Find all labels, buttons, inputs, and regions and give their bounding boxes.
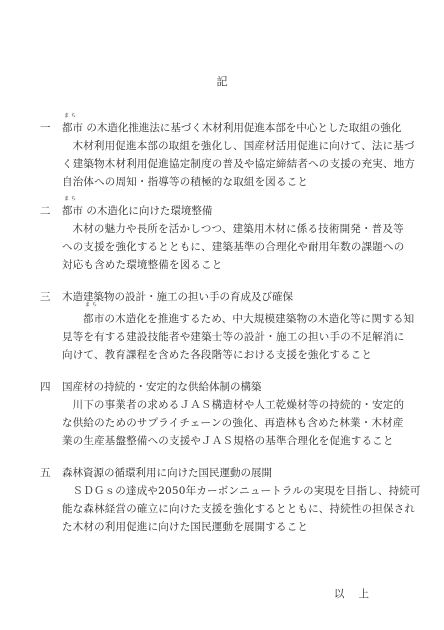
section-body: 川下の事業者の求めるＪＡＳ構造材や人工乾燥材等の持続的・安定的 な供給のためのサ… [62,396,410,450]
ruby-term: まち 都市 [73,310,105,328]
section-number: 二 [40,204,60,218]
body-line: 見等を有する建設技能者や建築士等の設計・施工の担い手の不足解消に [62,328,410,346]
section-title: 五 森林資源の循環利用に向けた国民運動の展開 [40,466,410,480]
title-rest: の木造化に向けた環境整備 [86,205,212,217]
section-number: 四 [40,380,60,394]
section-number: 三 [40,290,60,304]
body-line: ＳＤＧｓの達成や2050年カーボンニュートラルの実現を目指し、持続可 [62,482,410,500]
section-1: 一 まち 都市 の木造化推進法に基づく木材利用促進本部を中心とした取組の強化 木… [40,121,410,191]
section-body: まち 都市 の木造化を推進するため、中大規模建築物の木造化等に関する知 見等を有… [62,310,410,364]
body-line: 川下の事業者の求めるＪＡＳ構造材や人工乾燥材等の持続的・安定的 [62,396,410,414]
body-line: た木材の利用促進に向けた国民運動を展開すること [62,518,410,536]
closing-text: 以上 [334,586,383,601]
ruby-term: まち 都市 [62,121,83,135]
document-heading: 記 [0,73,444,89]
body-line: 対応も含めた環境整備を図ること [62,256,410,274]
section-2: 二 まち 都市 の木造化に向けた環境整備 木材の魅力や長所を活かしつつ、建築用木… [40,204,410,274]
document-page: 記 一 まち 都市 の木造化推進法に基づく木材利用促進本部を中心とした取組の強化… [0,0,444,630]
section-4: 四 国産材の持続的・安定的な供給体制の構築 川下の事業者の求めるＪＡＳ構造材や人… [40,380,410,450]
body-line: な供給のためのサプライチェーンの強化、再造林も含めた林業・木材産 [62,414,410,432]
ruby-reading: まち [75,302,100,308]
section-body: ＳＤＧｓの達成や2050年カーボンニュートラルの実現を目指し、持続可 能な森林経… [62,482,410,536]
title-rest: 森林資源の循環利用に向けた国民運動の展開 [62,466,272,480]
section-title: 四 国産材の持続的・安定的な供給体制の構築 [40,380,410,394]
body-line: 業の生産基盤整備への支援やＪＡＳ規格の基準合理化を促進すること [62,432,410,450]
ruby-base: 都市 [83,313,104,325]
body-line: 木材利用促進本部の取組を強化し、国産材活用促進に向けて、法に基づ [62,137,410,155]
section-title: 一 まち 都市 の木造化推進法に基づく木材利用促進本部を中心とした取組の強化 [40,121,410,135]
body-line: まち 都市 の木造化を推進するため、中大規模建築物の木造化等に関する知 [62,310,410,328]
section-number: 一 [40,121,60,135]
section-title-text: まち 都市 の木造化推進法に基づく木材利用促進本部を中心とした取組の強化 [62,121,401,135]
title-rest: の木造化推進法に基づく木材利用促進本部を中心とした取組の強化 [86,122,401,134]
ruby-reading: まち [64,113,78,119]
section-title-text: まち 都市 の木造化に向けた環境整備 [62,204,212,218]
section-body: 木材利用促進本部の取組を強化し、国産材活用促進に向けて、法に基づ く建築物木材利… [62,137,410,191]
ruby-reading: まち [64,196,78,202]
body-line: 能な森林経営の確立に向けた支援を強化するとともに、持続性の担保され [62,500,410,518]
body-line: への支援を強化するとともに、建築基準の合理化や耐用年数の課題への [62,238,410,256]
section-3: 三 木造建築物の設計・施工の担い手の育成及び確保 まち 都市 の木造化を推進する… [40,290,410,364]
ruby-term: まち 都市 [62,204,83,218]
body-line: 木材の魅力や長所を活かしつつ、建築用木材に係る技術開発・普及等 [62,220,410,238]
section-number: 五 [40,466,60,480]
section-5: 五 森林資源の循環利用に向けた国民運動の展開 ＳＤＧｓの達成や2050年カーボン… [40,466,410,536]
ruby-base: 都市 [62,205,83,217]
section-body: 木材の魅力や長所を活かしつつ、建築用木材に係る技術開発・普及等 への支援を強化す… [62,220,410,274]
body-line-text: の木造化を推進するため、中大規模建築物の木造化等に関する知 [104,313,414,325]
ruby-base: 都市 [62,122,83,134]
body-line: 自治体への周知・指導等の積極的な取組を図ること [62,173,410,191]
body-line: く建築物木材利用促進協定制度の普及や協定締結者への支援の充実、地方 [62,155,410,173]
title-rest: 国産材の持続的・安定的な供給体制の構築 [62,380,262,394]
section-title: 二 まち 都市 の木造化に向けた環境整備 [40,204,410,218]
body-line: 向けて、教育課程を含めた各段階等における支援を強化すること [62,346,410,364]
